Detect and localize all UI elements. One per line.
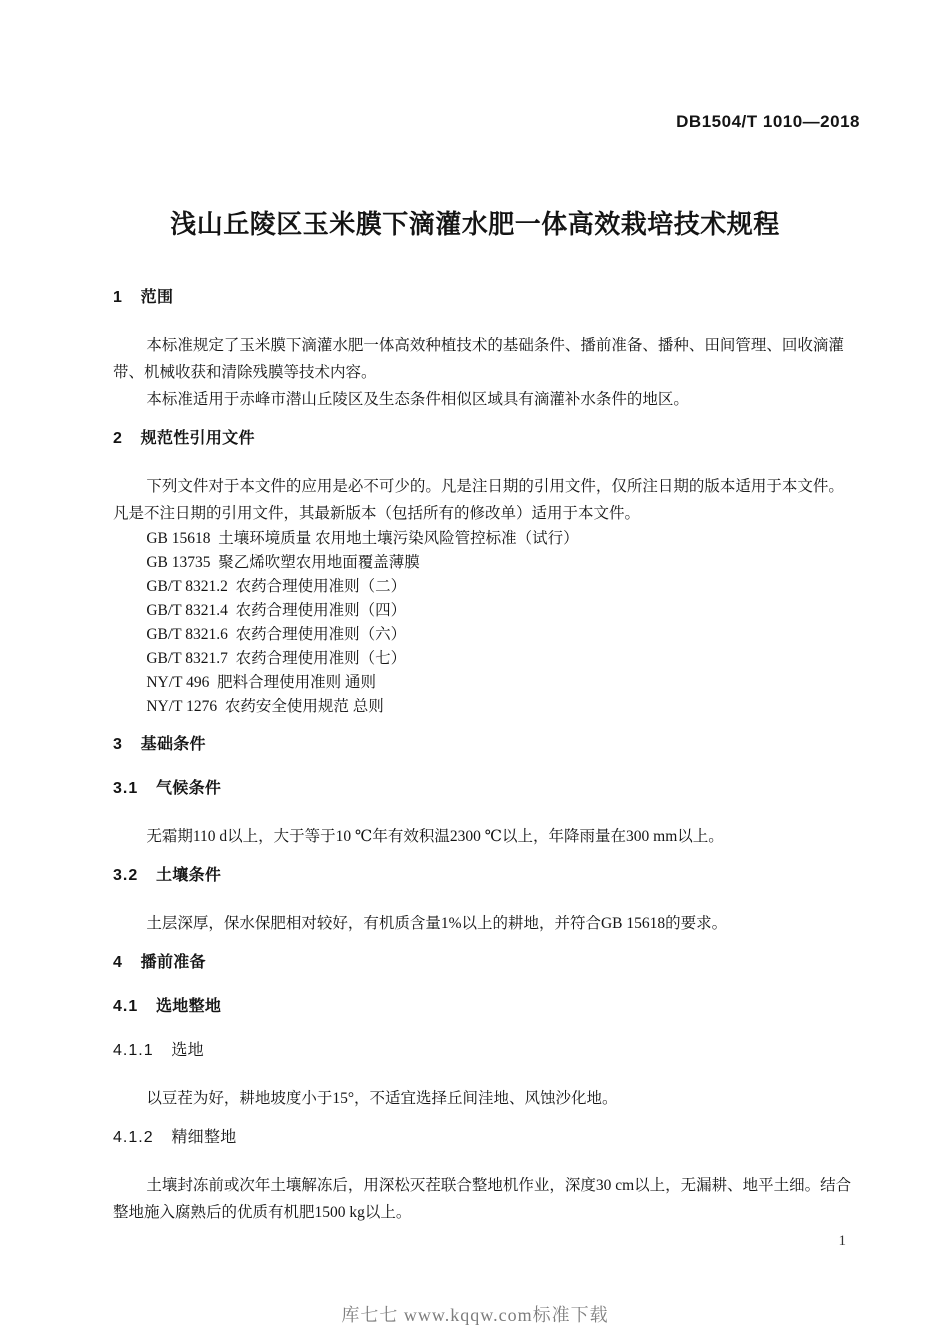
- section-4-1-1-number: 4.1.1: [113, 1041, 154, 1061]
- section-3-1-heading: 3.1 气候条件: [113, 779, 858, 799]
- section-3-1-paragraph: 无霜期110 d以上，大于等于10 ℃年有效积温2300 ℃以上，年降雨量在30…: [113, 823, 858, 850]
- doc-number: DB1504/T 1010—2018: [676, 112, 860, 132]
- section-4-heading: 4 播前准备: [113, 953, 858, 973]
- section-3-2-heading: 3.2 土壤条件: [113, 866, 858, 886]
- section-3-2-number: 3.2: [113, 866, 138, 886]
- section-3-heading: 3 基础条件: [113, 735, 858, 755]
- reference-item: NY/T 1276 农药安全使用规范 总则: [113, 695, 858, 719]
- section-3-2-paragraph: 土层深厚，保水保肥相对较好，有机质含量1%以上的耕地，并符合GB 15618的要…: [113, 910, 858, 937]
- document-body: 1 范围 本标准规定了玉米膜下滴灌水肥一体高效种植技术的基础条件、播前准备、播种…: [113, 288, 858, 1226]
- reference-item: GB 13735 聚乙烯吹塑农用地面覆盖薄膜: [113, 551, 858, 575]
- reference-item: GB/T 8321.4 农药合理使用准则（四）: [113, 599, 858, 623]
- section-4-1-title: 选地整地: [156, 998, 221, 1015]
- section-4-number: 4: [113, 953, 123, 973]
- section-4-1-1-heading: 4.1.1 选地: [113, 1041, 858, 1061]
- section-4-1-1-paragraph: 以豆茬为好，耕地坡度小于15°，不适宜选择丘间洼地、风蚀沙化地。: [113, 1085, 858, 1112]
- section-1-title: 范围: [141, 289, 174, 306]
- section-2-number: 2: [113, 429, 123, 449]
- reference-item: GB/T 8321.7 农药合理使用准则（七）: [113, 647, 858, 671]
- section-4-1-2-title: 精细整地: [171, 1129, 236, 1146]
- section-3-number: 3: [113, 735, 123, 755]
- section-1-paragraph-2: 本标准适用于赤峰市潜山丘陵区及生态条件相似区域具有滴灌补水条件的地区。: [113, 386, 858, 413]
- section-4-title: 播前准备: [141, 954, 206, 971]
- section-4-1-2-paragraph: 土壤封冻前或次年土壤解冻后，用深松灭茬联合整地机作业，深度30 cm以上，无漏耕…: [113, 1172, 858, 1226]
- section-2-title: 规范性引用文件: [141, 430, 255, 447]
- section-2-paragraph-1: 下列文件对于本文件的应用是必不可少的。凡是注日期的引用文件，仅所注日期的版本适用…: [113, 473, 858, 527]
- reference-item: NY/T 496 肥料合理使用准则 通则: [113, 671, 858, 695]
- section-4-1-heading: 4.1 选地整地: [113, 997, 858, 1017]
- section-3-2-title: 土壤条件: [156, 867, 221, 884]
- section-3-1-title: 气候条件: [156, 780, 221, 797]
- section-2-heading: 2 规范性引用文件: [113, 429, 858, 449]
- references-list: GB 15618 土壤环境质量 农用地土壤污染风险管控标准（试行） GB 137…: [113, 527, 858, 719]
- section-1-heading: 1 范围: [113, 288, 858, 308]
- section-1-number: 1: [113, 288, 123, 308]
- section-4-1-2-number: 4.1.2: [113, 1128, 154, 1148]
- reference-item: GB/T 8321.2 农药合理使用准则（二）: [113, 575, 858, 599]
- doc-title: 浅山丘陵区玉米膜下滴灌水肥一体高效栽培技术规程: [0, 204, 950, 241]
- page-number: 1: [839, 1233, 847, 1250]
- reference-item: GB 15618 土壤环境质量 农用地土壤污染风险管控标准（试行）: [113, 527, 858, 551]
- section-3-title: 基础条件: [141, 736, 206, 753]
- section-3-1-number: 3.1: [113, 779, 138, 799]
- section-4-1-2-heading: 4.1.2 精细整地: [113, 1128, 858, 1148]
- document-page: DB1504/T 1010—2018 浅山丘陵区玉米膜下滴灌水肥一体高效栽培技术…: [0, 0, 950, 1344]
- section-4-1-1-title: 选地: [171, 1042, 204, 1059]
- footer-watermark: 库七七 www.kqqw.com标准下载: [0, 1301, 950, 1327]
- reference-item: GB/T 8321.6 农药合理使用准则（六）: [113, 623, 858, 647]
- section-4-1-number: 4.1: [113, 997, 138, 1017]
- section-1-paragraph-1: 本标准规定了玉米膜下滴灌水肥一体高效种植技术的基础条件、播前准备、播种、田间管理…: [113, 332, 858, 386]
